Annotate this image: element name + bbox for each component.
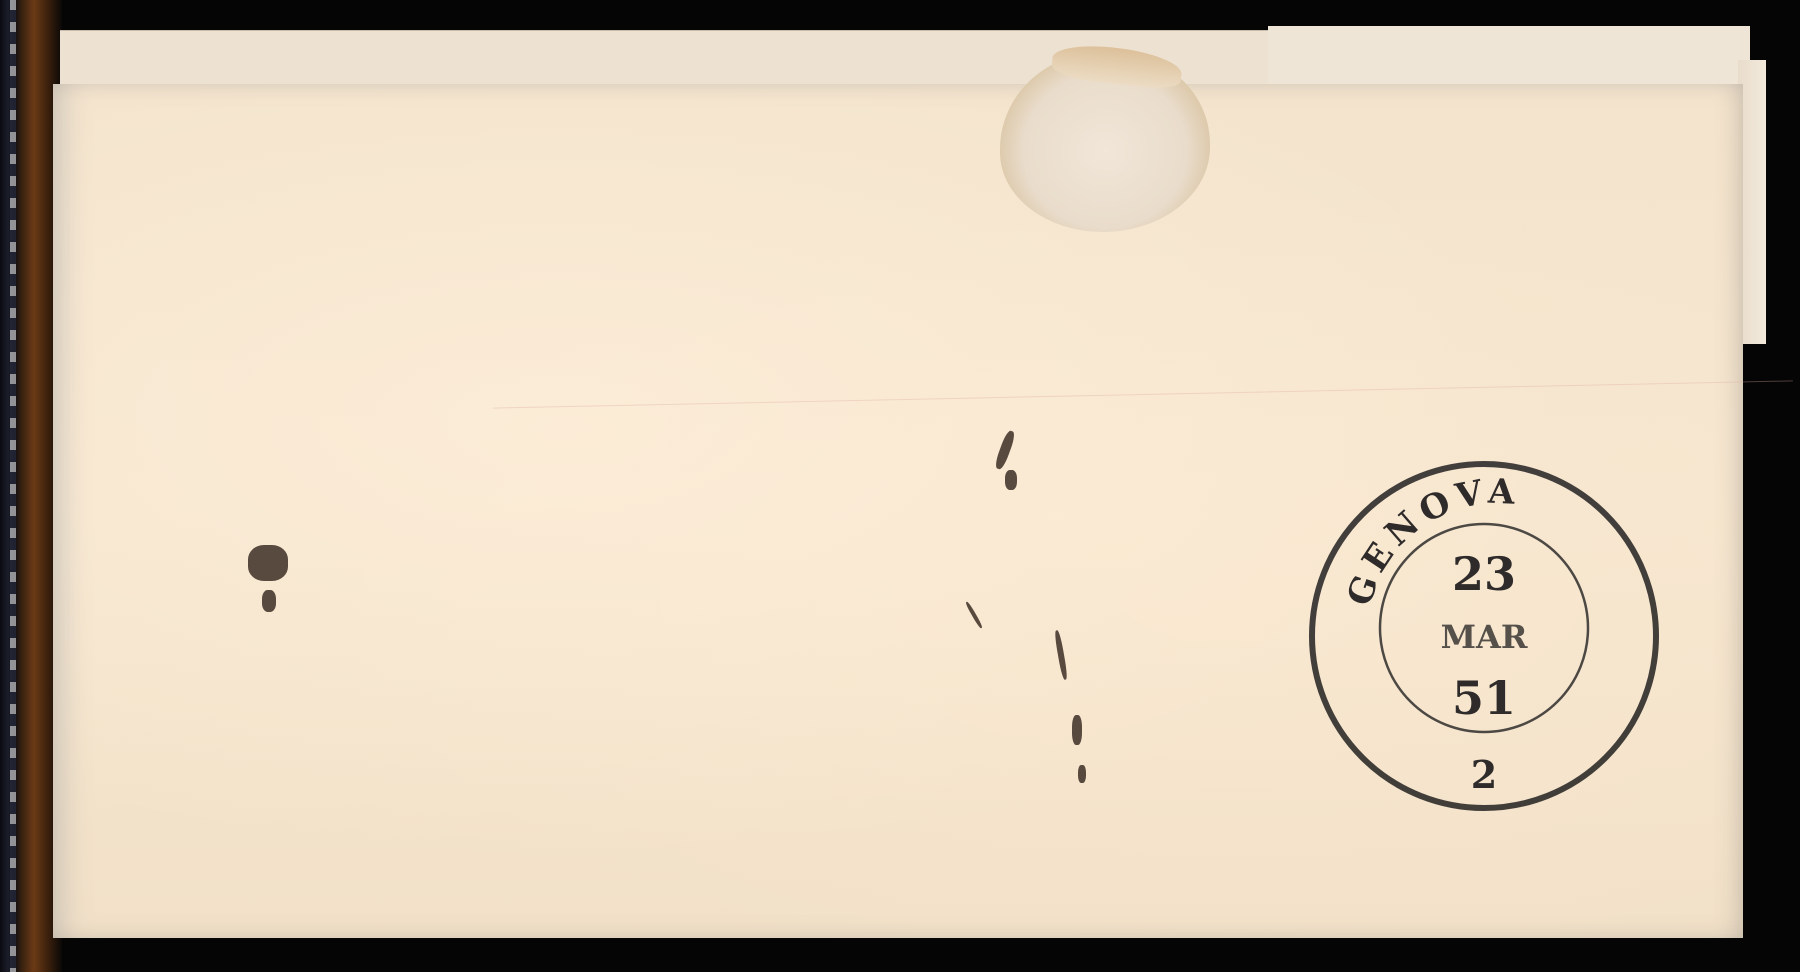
ink-mark [1072, 715, 1082, 745]
ink-mark [1005, 470, 1017, 490]
frame-perforation [10, 0, 16, 972]
postmark-month: MAR [1441, 618, 1528, 656]
ink-blot [248, 545, 288, 581]
fold-crease [493, 380, 1793, 408]
postmark-year: 51 [1452, 671, 1516, 725]
ink-mark [1078, 765, 1086, 783]
postmark: GENOVA 23 MAR 51 2 [1308, 458, 1660, 818]
postmark-day: 23 [1452, 547, 1516, 601]
ink-blot [262, 590, 276, 612]
postmark-numeral: 2 [1471, 752, 1497, 797]
